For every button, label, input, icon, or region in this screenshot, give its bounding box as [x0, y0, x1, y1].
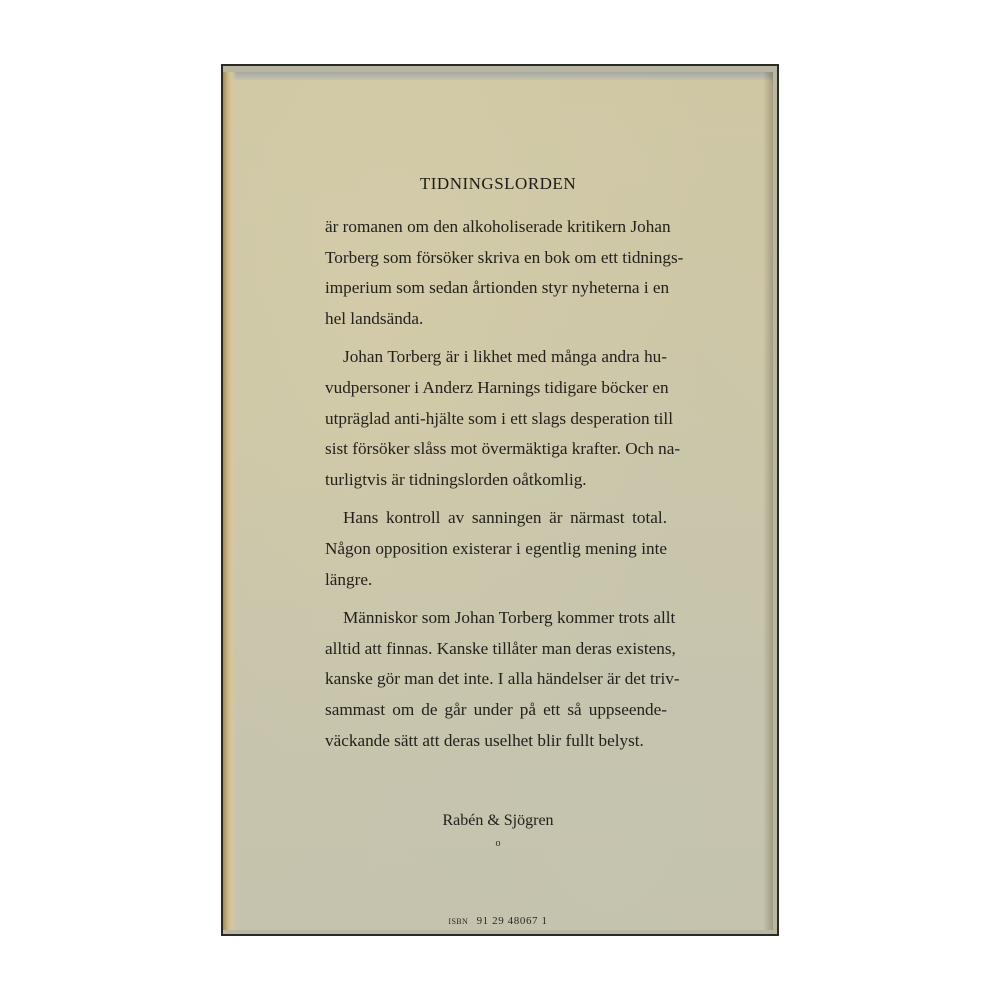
publisher-name: Rabén & Sjögren — [223, 812, 773, 830]
spine-edge — [223, 72, 237, 930]
worn-top-edge — [223, 72, 773, 80]
blurb-paragraph-3: Hans kontroll av sanningen är närmast to… — [325, 503, 667, 595]
text-line: sist försöker slåss mot övermäktiga kraf… — [325, 434, 667, 465]
isbn: ISBN 91 29 48067 1 — [223, 915, 773, 927]
text-line: vudpersoner i Anderz Harnings tidigare b… — [325, 373, 667, 404]
text-line: Någon opposition existerar i egentlig me… — [325, 534, 667, 565]
right-edge-shadow — [763, 72, 773, 930]
text-line: turligtvis är tidningslorden oåtkomlig. — [325, 465, 667, 496]
text-line: Hans kontroll av sanningen är närmast to… — [325, 503, 667, 534]
text-line: väckande sätt att deras uselhet blir ful… — [325, 726, 667, 757]
isbn-label: ISBN — [448, 917, 468, 926]
book-back-cover-frame: TIDNINGSLORDEN är romanen om den alkohol… — [221, 64, 779, 936]
text-line: sammast om de går under på ett så uppsee… — [325, 695, 667, 726]
text-line: utpräglad anti-hjälte som i ett slags de… — [325, 404, 667, 435]
isbn-number: 91 29 48067 1 — [477, 915, 548, 927]
book-back-cover: TIDNINGSLORDEN är romanen om den alkohol… — [223, 72, 773, 930]
text-line: Människor som Johan Torberg kommer trots… — [325, 603, 667, 634]
blurb-paragraph-1: är romanen om den alkoholiserade kritike… — [325, 212, 667, 334]
text-line: alltid att finnas. Kanske tillåter man d… — [325, 634, 667, 665]
text-line: Johan Torberg är i likhet med många andr… — [325, 342, 667, 373]
text-line: hel landsända. — [325, 304, 667, 335]
text-line: längre. — [325, 565, 667, 596]
text-line: imperium som sedan årtionden styr nyhete… — [325, 273, 667, 304]
blurb-text: är romanen om den alkoholiserade kritike… — [325, 212, 667, 764]
publisher-mark: o — [223, 838, 773, 849]
book-title: TIDNINGSLORDEN — [223, 174, 773, 194]
blurb-paragraph-2: Johan Torberg är i likhet med många andr… — [325, 342, 667, 495]
text-line: är romanen om den alkoholiserade kritike… — [325, 212, 667, 243]
text-line: Torberg som försöker skriva en bok om et… — [325, 243, 667, 274]
text-line: kanske gör man det inte. I alla händelse… — [325, 664, 667, 695]
blurb-paragraph-4: Människor som Johan Torberg kommer trots… — [325, 603, 667, 756]
